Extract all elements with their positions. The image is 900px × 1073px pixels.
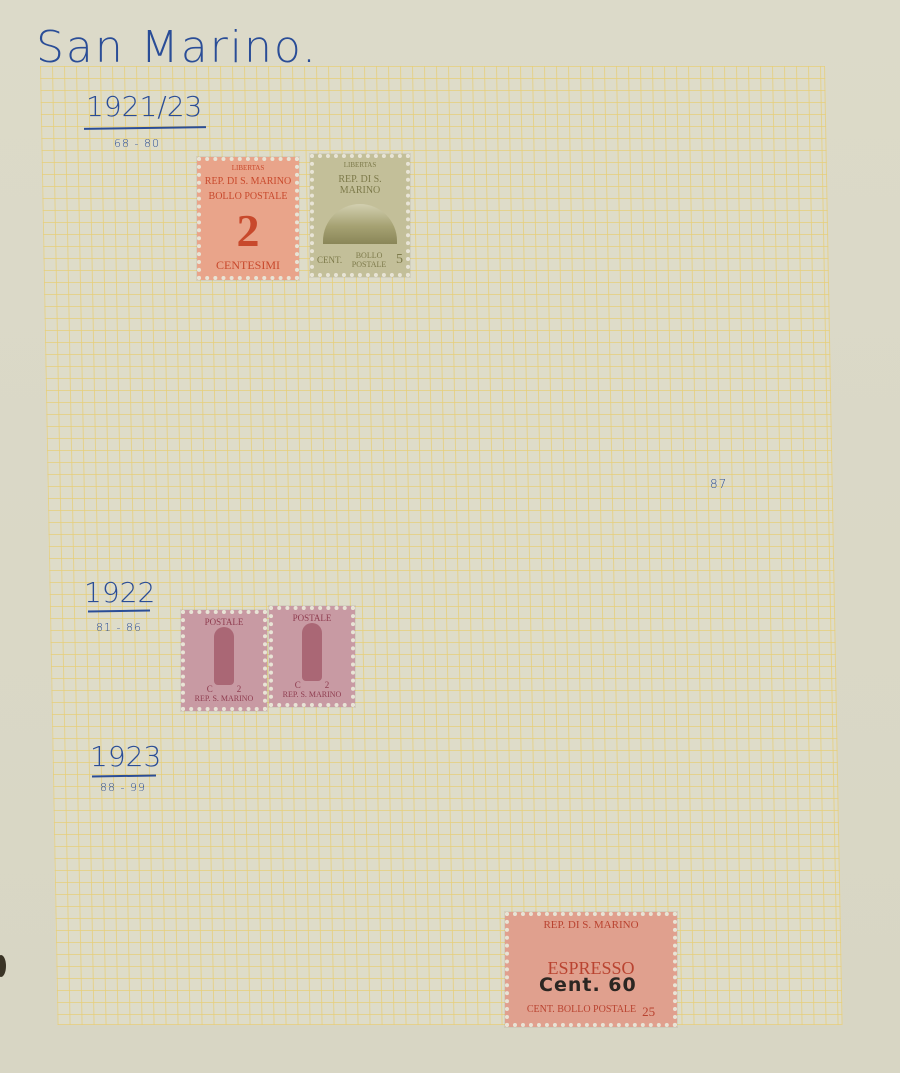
section-year-1922: 1922 bbox=[84, 576, 155, 609]
stamp-2-centesimi: LIBERTAS REP. DI S. MARINO BOLLO POSTALE… bbox=[197, 157, 299, 280]
binder-hole bbox=[0, 955, 6, 977]
stamp-text: REP. DI S. MARINO bbox=[543, 920, 638, 932]
stamp-value: 25 bbox=[642, 1005, 655, 1019]
catalogue-range: 88 - 99 bbox=[100, 781, 146, 794]
stamp-overprint: Cent. 60 bbox=[539, 974, 637, 996]
stamp-text: POSTALE bbox=[205, 618, 244, 627]
stamp-text: REP. DI S. MARINO bbox=[205, 177, 291, 188]
stamp-value: 5 bbox=[396, 253, 403, 268]
mount-titano-illustration bbox=[323, 204, 397, 244]
stamp-text: CENT. bbox=[317, 256, 342, 265]
stamp-francobollo-2c: POSTALE C 2 REP. S. MARINO bbox=[181, 610, 267, 711]
catalogue-range: 81 - 86 bbox=[96, 621, 142, 634]
stamp-footer: CENT. BOLLO POSTALE 5 bbox=[317, 252, 403, 269]
liberty-figure-illustration bbox=[302, 623, 322, 681]
stamp-text: REP. DI S. MARINO bbox=[317, 175, 403, 196]
stamp-text: CENTESIMI bbox=[216, 259, 280, 272]
stamp-text: POSTALE bbox=[293, 614, 332, 623]
section-year-1921-23: 1921/23 bbox=[86, 90, 202, 123]
stamp-francobollo-2c: POSTALE C 2 REP. S. MARINO bbox=[269, 606, 355, 707]
stamp-5-cent-landscape: LIBERTAS REP. DI S. MARINO CENT. BOLLO P… bbox=[310, 154, 410, 277]
liberty-figure-illustration bbox=[214, 627, 234, 685]
stamp-value: 2 bbox=[237, 207, 260, 255]
section-year-1923: 1923 bbox=[90, 740, 161, 773]
catalogue-range: 68 - 80 bbox=[114, 137, 160, 150]
stamp-text: CENT. BOLLO POSTALE bbox=[527, 1005, 636, 1019]
stamp-text: REP. S. MARINO bbox=[283, 691, 342, 699]
graph-paper-grid bbox=[40, 66, 843, 1025]
album-page: San Marino. 1921/23 68 - 80 LIBERTAS REP… bbox=[0, 0, 900, 1073]
stamp-footer: CENT. BOLLO POSTALE 25 bbox=[527, 1005, 655, 1019]
stamp-text: LIBERTAS bbox=[344, 162, 376, 169]
page-title: San Marino. bbox=[36, 22, 318, 73]
stamp-text: BOLLO POSTALE bbox=[348, 252, 390, 269]
stamp-text: REP. S. MARINO bbox=[195, 695, 254, 703]
margin-note: 87 bbox=[710, 477, 727, 491]
stamp-text: BOLLO POSTALE bbox=[209, 192, 288, 203]
stamp-espresso-overprint: REP. DI S. MARINO ESPRESSO CENT. BOLLO P… bbox=[505, 912, 677, 1027]
stamp-text: LIBERTAS bbox=[232, 165, 264, 172]
